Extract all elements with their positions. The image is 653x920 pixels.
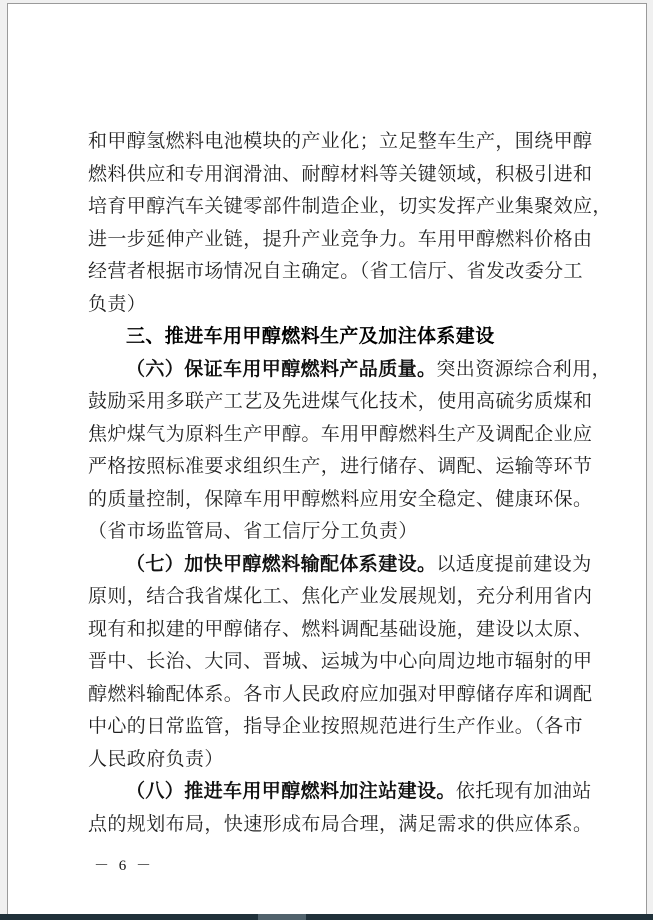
body-line: （八）推进车用甲醇燃料加注站建设。依托现有加油站 — [88, 776, 608, 809]
horizontal-scrollbar-thumb[interactable] — [258, 914, 306, 920]
body-line: 燃料供应和专用润滑油、耐醇材料等关键领域，积极引进和 — [88, 159, 608, 192]
body-line: 现有和拟建的甲醇储存、燃料调配基础设施，建设以太原、 — [88, 614, 608, 647]
body-line: 的质量控制，保障车用甲醇燃料应用安全稳定、健康环保。 — [88, 484, 608, 517]
body-line: 人民政府负责） — [88, 744, 608, 777]
paragraph-lead: （六）保证车用甲醇燃料产品质量。 — [126, 359, 436, 380]
body-line: 培育甲醇汽车关键零部件制造企业，切实发挥产业集聚效应， — [88, 191, 608, 224]
body-line: 焦炉煤气为原料生产甲醇。车用甲醇燃料生产及调配企业应 — [88, 419, 608, 452]
section-heading: 三、推进车用甲醇燃料生产及加注体系建设 — [88, 321, 608, 354]
paragraph-lead: （八）推进车用甲醇燃料加注站建设。 — [126, 781, 456, 802]
body-line: 原则，结合我省煤化工、焦化产业发展规划，充分利用省内 — [88, 581, 608, 614]
body-line: 中心的日常监管，指导企业按照规范进行生产作业。（各市 — [88, 711, 608, 744]
body-line: 负责） — [88, 289, 608, 322]
document-body: 和甲醇氢燃料电池模块的产业化；立足整车生产，围绕甲醇 燃料供应和专用润滑油、耐醇… — [88, 126, 608, 841]
body-line: （六）保证车用甲醇燃料产品质量。突出资源综合利用， — [88, 354, 608, 387]
paragraph-text: 以适度提前建设为 — [436, 554, 591, 575]
horizontal-scrollbar[interactable] — [0, 914, 653, 920]
paragraph-lead: （七）加快甲醇燃料输配体系建设。 — [126, 554, 436, 575]
paragraph-text: 依托现有加油站 — [456, 781, 592, 802]
body-line: 醇燃料输配体系。各市人民政府应加强对甲醇储存库和调配 — [88, 679, 608, 712]
body-line: 点的规划布局，快速形成布局合理，满足需求的供应体系。 — [88, 809, 608, 842]
body-line: 鼓励采用多联产工艺及先进煤气化技术，使用高硫劣质煤和 — [88, 386, 608, 419]
body-line: 经营者根据市场情况自主确定。（省工信厅、省发改委分工 — [88, 256, 608, 289]
body-line: 进一步延伸产业链，提升产业竞争力。车用甲醇燃料价格由 — [88, 224, 608, 257]
body-line: （省市场监管局、省工信厅分工负责） — [88, 516, 608, 549]
body-line: 和甲醇氢燃料电池模块的产业化；立足整车生产，围绕甲醇 — [88, 126, 608, 159]
document-page: 和甲醇氢燃料电池模块的产业化；立足整车生产，围绕甲醇 燃料供应和专用润滑油、耐醇… — [7, 3, 647, 915]
paragraph-text: 突出资源综合利用， — [436, 359, 611, 380]
page-number: － 6 － — [94, 854, 154, 875]
body-line: 晋中、长治、大同、晋城、运城为中心向周边地市辐射的甲 — [88, 646, 608, 679]
body-line: 严格按照标准要求组织生产，进行储存、调配、运输等环节 — [88, 451, 608, 484]
viewer-background: 和甲醇氢燃料电池模块的产业化；立足整车生产，围绕甲醇 燃料供应和专用润滑油、耐醇… — [0, 0, 653, 920]
body-line: （七）加快甲醇燃料输配体系建设。以适度提前建设为 — [88, 549, 608, 582]
